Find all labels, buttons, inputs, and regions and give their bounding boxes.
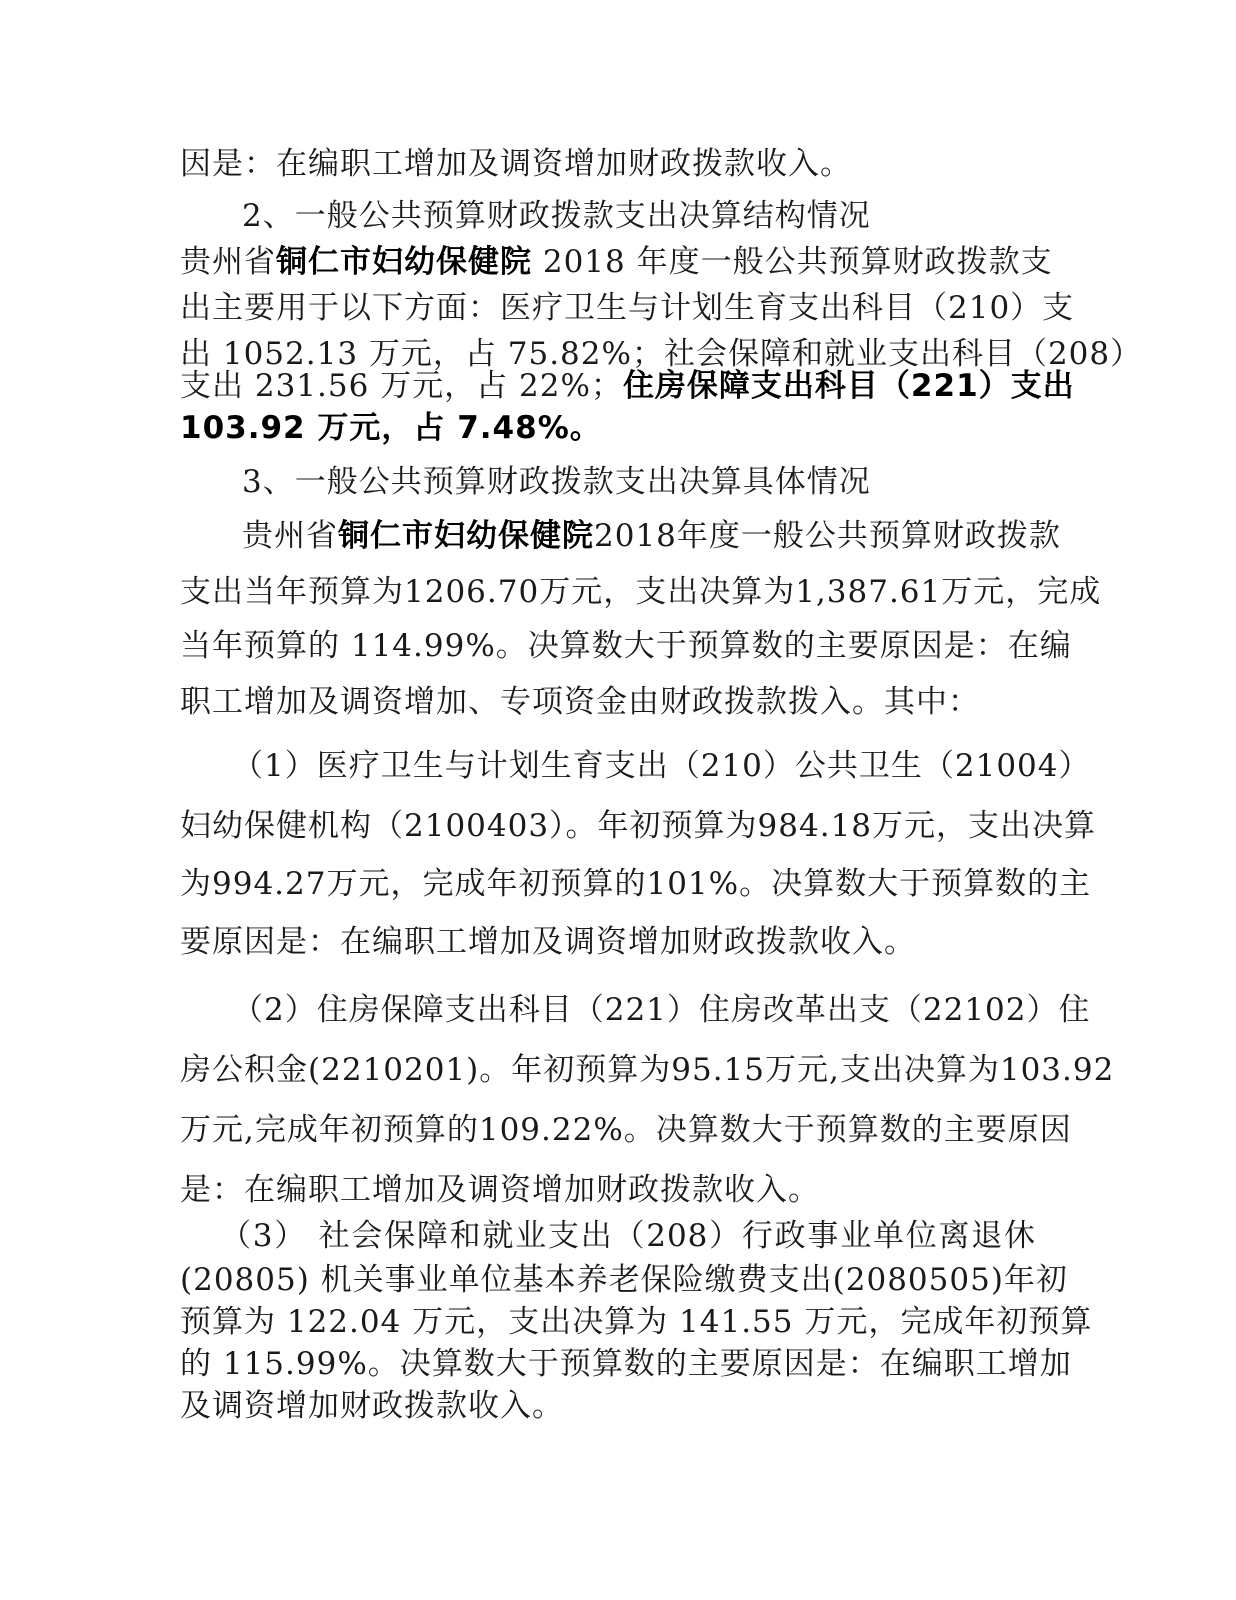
paragraph-line: 妇幼保健机构（2100403）。年初预算为984.18万元，支出决算 (180, 806, 1036, 846)
subitem-2: （2）住房保障支出科目（221）住房改革出支（22102）住 (232, 990, 1036, 1030)
paragraph-line: 房公积金(2210201)。年初预算为95.15万元,支出决算为103.92 (180, 1050, 1036, 1090)
section-heading-2: 2、一般公共预算财政拨款支出决算结构情况 (242, 196, 1098, 236)
paragraph-line: 103.92 万元，占 7.48%。 (180, 408, 1036, 448)
paragraph-line: 预算为 122.04 万元，支出决算为 141.55 万元，完成年初预算 (180, 1302, 1036, 1342)
subitem-1: （1）医疗卫生与计划生育支出（210）公共卫生（21004） (232, 746, 1036, 786)
paragraph-line: 支出 231.56 万元，占 22%；住房保障支出科目（221）支出 (180, 366, 1036, 406)
paragraph-line: 的 115.99%。决算数大于预算数的主要原因是：在编职工增加 (180, 1344, 1036, 1384)
paragraph-line: 出主要用于以下方面：医疗卫生与计划生育支出科目（210）支 (180, 288, 1036, 328)
org-name: 铜仁市妇幼保健院 (276, 244, 532, 280)
paragraph-line: 是：在编职工增加及调资增加财政拨款收入。 (180, 1170, 1036, 1210)
paragraph-line: 因是：在编职工增加及调资增加财政拨款收入。 (180, 144, 1036, 184)
org-name: 铜仁市妇幼保健院 (338, 518, 594, 554)
section-heading-3: 3、一般公共预算财政拨款支出决算具体情况 (242, 462, 1098, 502)
paragraph-line: 为994.27万元，完成年初预算的101%。决算数大于预算数的主 (180, 864, 1036, 904)
paragraph-line: 贵州省铜仁市妇幼保健院2018年度一般公共预算财政拨款 (242, 516, 1036, 556)
paragraph-line: 贵州省铜仁市妇幼保健院 2018 年度一般公共预算财政拨款支 (180, 242, 1036, 282)
paragraph-line: 支出当年预算为1206.70万元，支出决算为1,387.61万元，完成 (180, 572, 1036, 612)
subitem-3: （3） 社会保障和就业支出（208）行政事业单位离退休 (220, 1216, 1036, 1256)
paragraph-line: (20805) 机关事业单位基本养老保险缴费支出(2080505)年初 (180, 1260, 1036, 1300)
paragraph-line: 当年预算的 114.99%。决算数大于预算数的主要原因是：在编 (180, 626, 1036, 666)
paragraph-line: 及调资增加财政拨款收入。 (180, 1386, 1036, 1426)
paragraph-line: 要原因是：在编职工增加及调资增加财政拨款收入。 (180, 922, 1036, 962)
paragraph-line: 万元,完成年初预算的109.22%。决算数大于预算数的主要原因 (180, 1110, 1036, 1150)
paragraph-line: 职工增加及调资增加、专项资金由财政拨款拨入。其中： (180, 682, 1036, 722)
